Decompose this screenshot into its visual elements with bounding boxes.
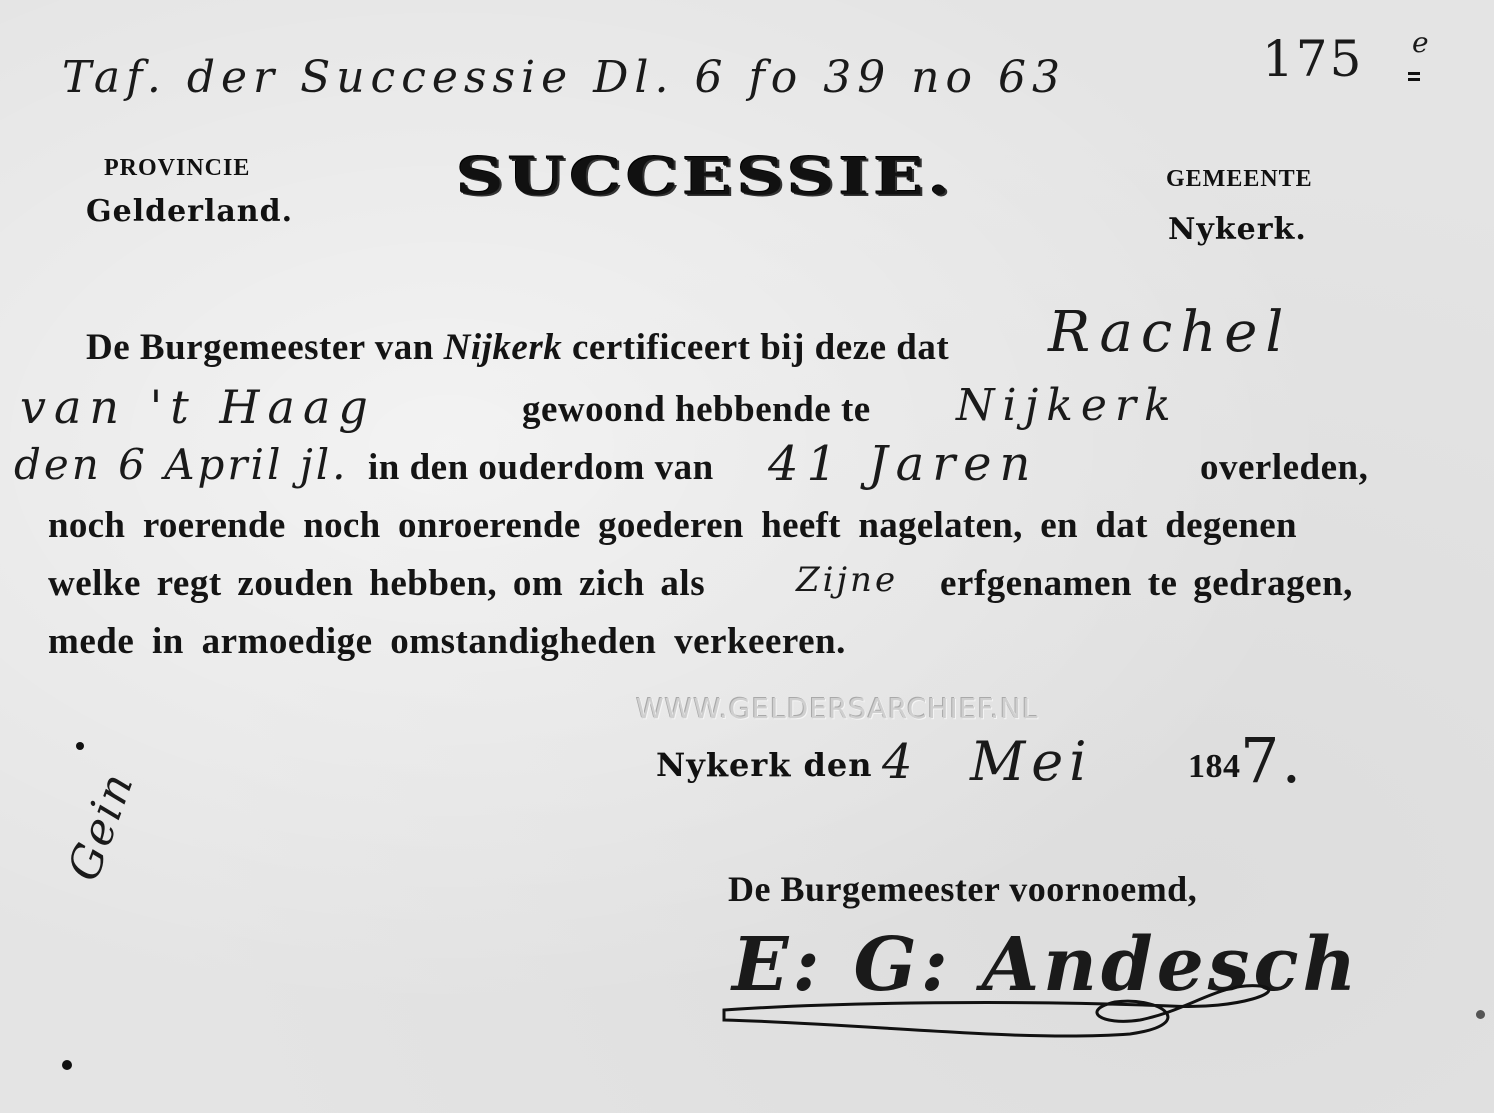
page-number-suffix: e: [1412, 26, 1431, 59]
dateline-month: Mei: [970, 730, 1093, 793]
municipality-value: Nykerk.: [1168, 212, 1307, 247]
heir-pronoun: Zijne: [796, 560, 898, 600]
page-number-underline: [1408, 72, 1420, 81]
dateline-place: Nykerk den: [656, 746, 873, 784]
body-line5-prefix: welke regt zouden hebben, om zich als: [48, 563, 705, 604]
body-line3-suffix: overleden,: [1200, 446, 1368, 489]
ink-speck: [1476, 1010, 1485, 1019]
age: 41 Jaren: [768, 436, 1038, 492]
body-line2-text: gewoond hebbende te: [522, 388, 871, 431]
signature-label: De Burgemeester voornoemd,: [728, 868, 1197, 910]
signature-flourish-icon: [720, 980, 1290, 1060]
page-number: 175: [1262, 30, 1363, 88]
body-line5-suffix: erfgenamen te gedragen,: [940, 562, 1353, 605]
archive-watermark: WWW.GELDERSARCHIEF.NL: [636, 692, 1039, 725]
body-line4: noch roerende noch onroerende goederen h…: [48, 504, 1297, 547]
body-line1: De Burgemeester van Nijkerk certificeert…: [86, 326, 949, 369]
body-line1-place: Nijkerk: [444, 327, 563, 368]
dateline-year-printed: 184: [1188, 748, 1241, 786]
body-line5: welke regt zouden hebben, om zich als: [48, 562, 705, 605]
residence: Nijkerk: [956, 380, 1179, 431]
reference-note: Taf. der Successie Dl. 6 fo 39 no 63: [62, 52, 1066, 103]
body-line6: mede in armoedige omstandigheden verkeer…: [48, 620, 846, 663]
death-date: den 6 April jl.: [14, 440, 349, 489]
punch-hole-top: [76, 742, 84, 750]
punch-hole-bottom: [62, 1060, 72, 1070]
deceased-name-part2: van 't Haag: [20, 380, 376, 434]
document-title: SUCCESSIE.: [456, 146, 955, 207]
dateline-year-handwritten: 7.: [1240, 724, 1303, 797]
body-line1-suffix: certificeert bij deze dat: [572, 327, 949, 368]
province-value: Gelderland.: [86, 194, 293, 229]
municipality-label: GEMEENTE: [1166, 166, 1313, 193]
body-line1-prefix: De Burgemeester van: [86, 327, 434, 368]
dateline-day: 4: [882, 734, 915, 790]
body-line3-text: in den ouderdom van: [368, 446, 714, 489]
deceased-name-part1: Rachel: [1048, 300, 1291, 365]
province-label: PROVINCIE: [104, 155, 250, 182]
